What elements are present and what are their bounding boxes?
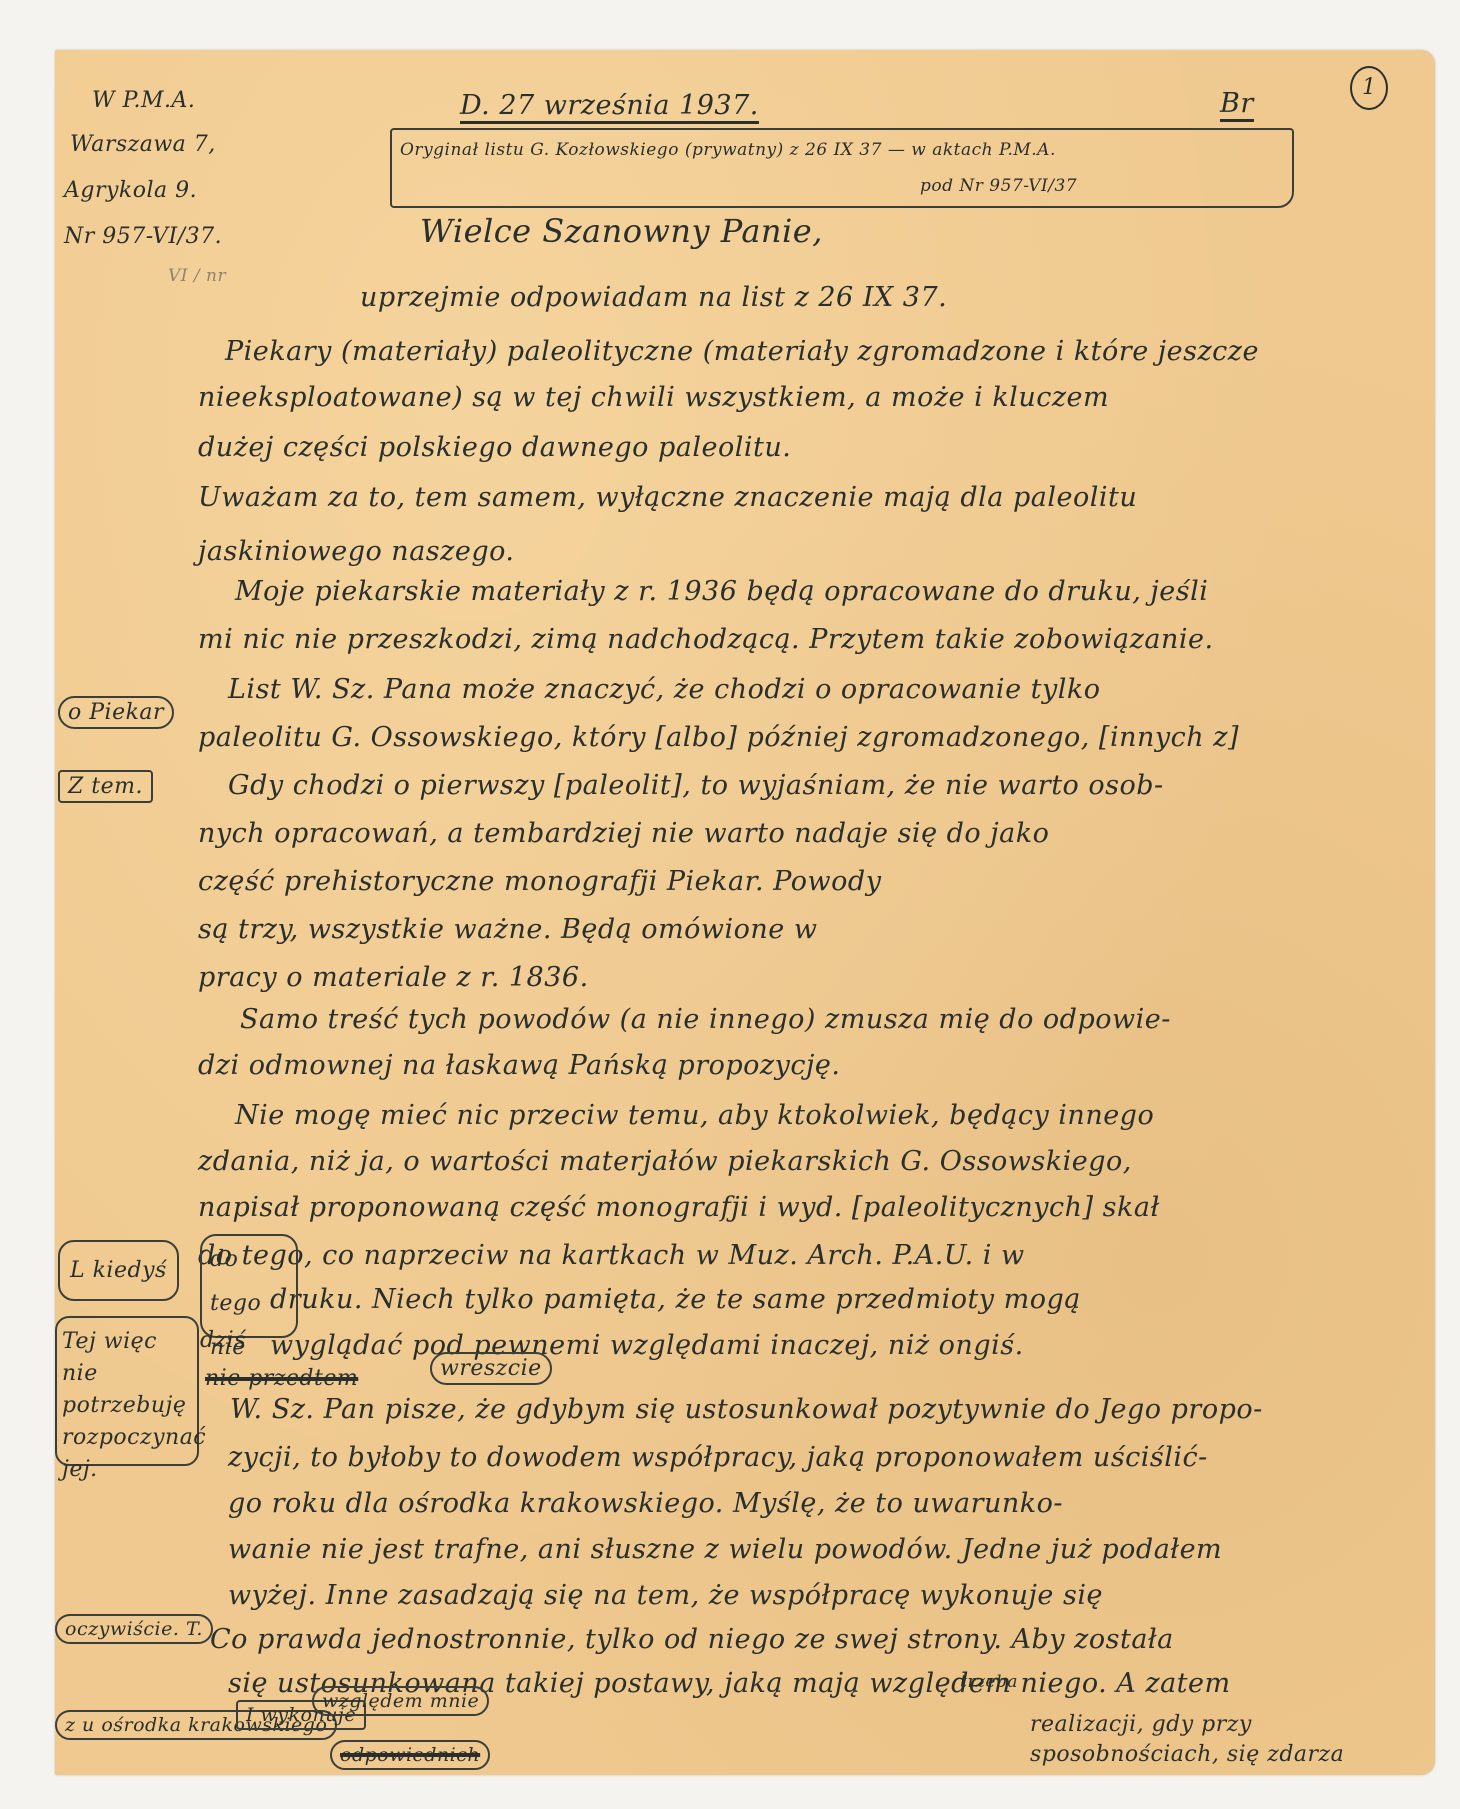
archival-note-line-2: pod Nr 957-VI/37 (920, 176, 1077, 196)
body-line: mi nic nie przeszkodzi, zimą nadchodzącą… (198, 624, 1214, 655)
body-line: jaskiniowego naszego. (198, 536, 515, 567)
body-line: Samo treść tych powodów (a nie innego) z… (240, 1004, 1171, 1035)
body-line: wanie nie jest trafne, ani słuszne z wie… (228, 1534, 1222, 1565)
body-line: Co prawda jednostronnie, tylko od niego … (210, 1624, 1174, 1655)
body-line: Gdy chodzi o pierwszy [paleolit], to wyj… (228, 770, 1164, 801)
margin-note-wzgledem-mnie: względem mnie (312, 1686, 489, 1716)
body-line: Piekary (materiały) paleolityczne (mater… (225, 336, 1259, 367)
archival-note-line-1: Oryginał listu G. Kozłowskiego (prywatny… (400, 140, 1056, 160)
margin-note-tej-wiec: Tej więc nie potrzebuję rozpoczynać jej. (62, 1326, 190, 1486)
initial-mark: Br (1220, 88, 1254, 122)
body-line: List W. Sz. Pana może znaczyć, że chodzi… (228, 674, 1100, 705)
body-line: sposobnościach, się zdarza (1030, 1742, 1344, 1767)
body-line: realizacji, gdy przy (1030, 1712, 1252, 1737)
recipient-address-line-1: W P.M.A. (92, 88, 195, 113)
body-line: do tego, co naprzeciw na kartkach w Muz.… (198, 1240, 1025, 1271)
body-line: paleolitu G. Ossowskiego, który [albo] p… (198, 722, 1239, 753)
margin-note-nie-przedtem: nie przedtem (205, 1366, 358, 1391)
salutation: Wielce Szanowny Panie, (420, 212, 823, 250)
body-line: W. Sz. Pan pisze, że gdybym się ustosunk… (230, 1394, 1263, 1425)
body-line: dużej części polskiego dawnego paleolitu… (198, 432, 791, 463)
body-line: dzi odmownej na łaskawą Pańską propozycj… (198, 1050, 840, 1081)
recipient-address-line-2: Warszawa 7, (70, 132, 216, 157)
body-line: nieeksploatowane) są w tej chwili wszyst… (198, 382, 1109, 413)
letter-date: D. 27 września 1937. (460, 90, 759, 124)
body-line: pracy o materiale z r. 1836. (198, 962, 589, 993)
body-line: Moje piekarskie materiały z r. 1936 będą… (235, 576, 1208, 607)
body-line: druku. Niech tylko pamięta, że te same p… (270, 1284, 1081, 1315)
body-line: zdania, niż ja, o wartości materjałów pi… (198, 1146, 1132, 1177)
recipient-address-line-4: Nr 957-VI/37. (64, 224, 222, 249)
body-line: wyglądać pod pewnemi względami inaczej, … (270, 1330, 1024, 1361)
page-number: 1 (1350, 66, 1388, 110)
body-line: uprzejmie odpowiadam na list z 26 IX 37. (360, 282, 947, 313)
margin-note-odpowiednich: odpowiednich (330, 1740, 490, 1770)
margin-note-dzis: dziś (200, 1328, 246, 1353)
body-line: napisał proponowaną część monografji i w… (198, 1192, 1160, 1223)
body-line: Uważam za to, tem samem, wyłączne znacze… (198, 482, 1137, 513)
margin-note-trzeba: trzeba (960, 1672, 1018, 1692)
body-line: Nie mogę mieć nic przeciw temu, aby ktok… (235, 1100, 1154, 1131)
recipient-address-line-3: Agrykola 9. (64, 178, 197, 203)
margin-note-do-tego-nie: do tego nie (200, 1234, 298, 1338)
body-line: część prehistoryczne monografji Piekar. … (198, 866, 881, 897)
body-line: go roku dla ośrodka krakowskiego. Myślę,… (228, 1488, 1063, 1519)
body-line: wyżej. Inne zasadzają się na tem, że wsp… (228, 1580, 1103, 1611)
margin-note-kiedys: L kiedyś (58, 1240, 179, 1301)
margin-note-z-tem: Z tem. (58, 770, 153, 803)
body-line: zycji, to byłoby to dowodem współpracy, … (228, 1442, 1208, 1473)
body-line: nych opracowań, a tembardziej nie warto … (198, 818, 1049, 849)
pencil-note: VI / nr (168, 266, 226, 286)
margin-note-wreszcie: wreszcie (430, 1352, 552, 1385)
body-line: są trzy, wszystkie ważne. Będą omówione … (198, 914, 817, 945)
margin-note-oczywiscie: oczywiście. T. (55, 1614, 213, 1644)
margin-note-piekar: o Piekar (58, 696, 174, 729)
